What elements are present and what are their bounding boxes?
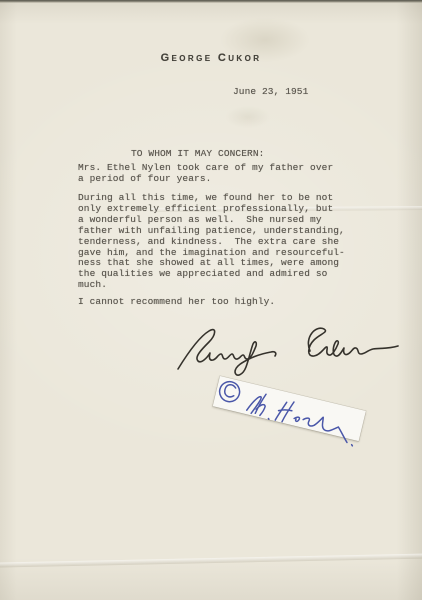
copyright-symbol [218, 380, 242, 404]
scan-top-edge [0, 0, 422, 3]
body-paragraph: During all this time, we found her to be… [78, 193, 358, 291]
salutation: TO WHOM IT MAY CONCERN: [131, 149, 264, 160]
body-paragraph: I cannot recommend her too highly. [78, 297, 358, 308]
letterhead-name: George Cukor [0, 52, 422, 64]
signature-george-cukor [176, 320, 402, 384]
paper-stain [218, 102, 278, 132]
scanned-letter: George Cukor June 23, 1951 TO WHOM IT MA… [0, 0, 422, 600]
letter-date: June 23, 1951 [233, 87, 308, 98]
signature-ink-strokes [176, 320, 402, 384]
paper-crease [0, 553, 422, 567]
body-paragraph: Mrs. Ethel Nylen took care of my father … [78, 163, 358, 185]
copyright-sticker [213, 376, 366, 441]
